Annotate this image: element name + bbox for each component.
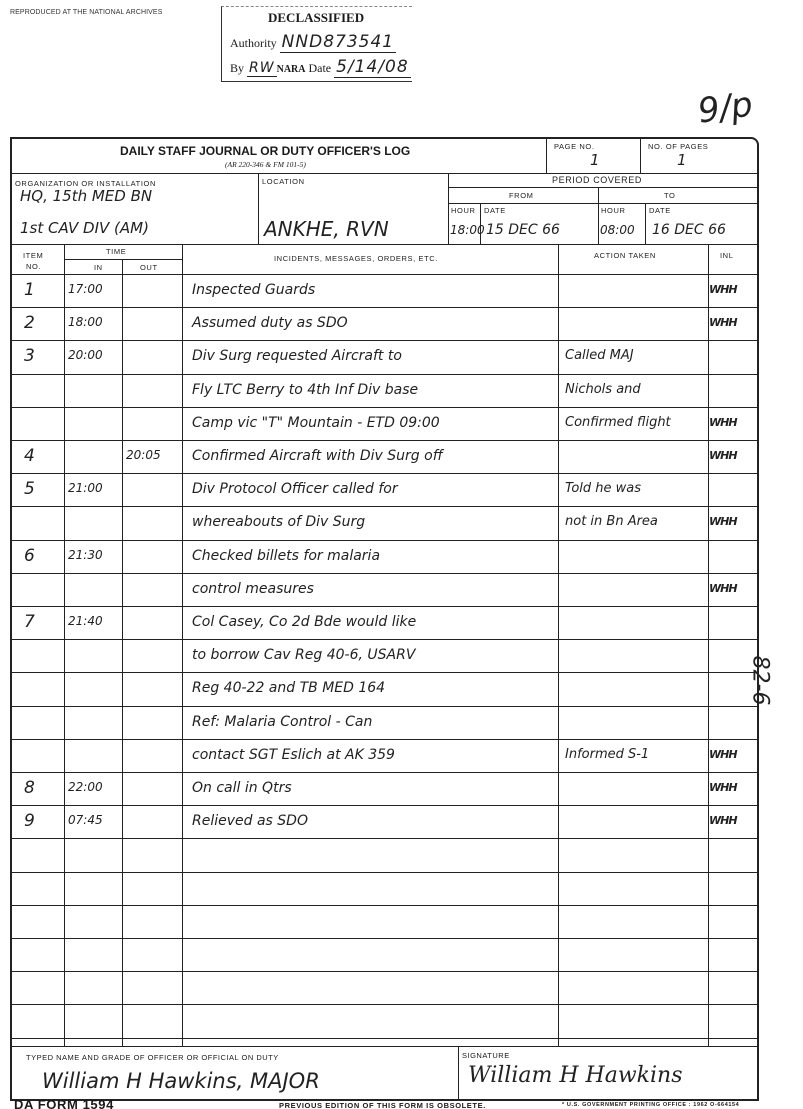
- action-taken: Nichols and: [565, 382, 641, 397]
- incident-text: Inspected Guards: [192, 282, 315, 298]
- by-label: By: [230, 61, 244, 75]
- incident-text: Div Protocol Officer called for: [192, 481, 398, 497]
- item-no: 2: [24, 313, 35, 333]
- org-line-2: 1st CAV DIV (AM): [20, 219, 149, 237]
- incident-text: Fly LTC Berry to 4th Inf Div base: [192, 382, 418, 398]
- action-taken: not in Bn Area: [565, 514, 658, 529]
- item-no: 5: [24, 479, 35, 499]
- page-no-value: 1: [590, 151, 600, 169]
- incident-text: Checked billets for malaria: [192, 548, 380, 564]
- time-in: 22:00: [68, 780, 103, 794]
- declassified-title: DECLASSIFIED: [268, 10, 364, 26]
- authority-row: Authority NND873541: [230, 32, 396, 53]
- col-out-label: OUT: [140, 263, 158, 272]
- time-in: 20:00: [68, 348, 103, 362]
- col-in-label: IN: [94, 263, 103, 272]
- from-date-label: DATE: [484, 206, 506, 215]
- col-item-label: ITEM: [23, 251, 43, 260]
- incident-text: Assumed duty as SDO: [192, 315, 348, 331]
- to-date-value: 16 DEC 66: [652, 222, 726, 238]
- col-action-label: ACTION TAKEN: [594, 251, 656, 260]
- by-value: RW: [247, 60, 277, 77]
- incident-text: Camp vic "T" Mountain - ETD 09:00: [192, 415, 440, 431]
- to-label: TO: [664, 191, 675, 200]
- form-title: DAILY STAFF JOURNAL OR DUTY OFFICER'S LO…: [120, 144, 410, 158]
- incident-text: Reg 40-22 and TB MED 164: [192, 680, 385, 696]
- initials: WHH: [709, 748, 737, 761]
- by-row: By RWNARA Date 5/14/08: [230, 57, 411, 78]
- incident-text: Col Casey, Co 2d Bde would like: [192, 614, 416, 630]
- initials: WHH: [709, 515, 737, 528]
- initials: WHH: [709, 449, 737, 462]
- duty-log-form: DAILY STAFF JOURNAL OR DUTY OFFICER'S LO…: [10, 137, 759, 1101]
- from-hour-value: 18:00: [450, 223, 485, 237]
- from-hour-label: HOUR: [451, 206, 475, 215]
- authority-label: Authority: [230, 36, 277, 50]
- col-item-no-label: NO.: [26, 262, 41, 271]
- to-hour-value: 08:00: [600, 223, 635, 237]
- time-in: 17:00: [68, 282, 103, 296]
- incident-text: Relieved as SDO: [192, 813, 308, 829]
- action-taken: Called MAJ: [565, 348, 634, 363]
- initials: WHH: [709, 316, 737, 329]
- agency: NARA: [277, 64, 306, 75]
- item-no: 1: [24, 280, 35, 300]
- time-in: 18:00: [68, 315, 103, 329]
- period-covered-label: PERIOD COVERED: [552, 175, 642, 185]
- col-inl-label: INL: [720, 251, 733, 260]
- item-no: 3: [24, 346, 35, 366]
- incident-text: whereabouts of Div Surg: [192, 514, 365, 530]
- initials: WHH: [709, 814, 737, 827]
- action-taken: Confirmed flight: [565, 415, 671, 430]
- org-line-1: HQ, 15th MED BN: [20, 187, 152, 205]
- initials: WHH: [709, 781, 737, 794]
- obsolete-note: PREVIOUS EDITION OF THIS FORM IS OBSOLET…: [279, 1101, 486, 1109]
- location-value: ANKHE, RVN: [264, 217, 389, 241]
- initials: WHH: [709, 416, 737, 429]
- time-in: 21:00: [68, 481, 103, 495]
- no-of-pages-label: NO. OF PAGES: [648, 142, 708, 151]
- incident-text: contact SGT Eslich at AK 359: [192, 747, 395, 763]
- declassified-stamp: DECLASSIFIED Authority NND873541 By RWNA…: [221, 6, 412, 82]
- authority-value: NND873541: [280, 32, 396, 53]
- date-label: Date: [308, 61, 331, 75]
- archive-note: REPRODUCED AT THE NATIONAL ARCHIVES: [10, 9, 162, 16]
- incident-text: control measures: [192, 581, 314, 597]
- initials: WHH: [709, 283, 737, 296]
- form-subtitle: (AR 220-346 & FM 101-5): [225, 160, 306, 169]
- location-label: LOCATION: [262, 177, 305, 186]
- officer-name: William H Hawkins, MAJOR: [42, 1069, 320, 1093]
- gpo-note: * U.S. GOVERNMENT PRINTING OFFICE : 1962…: [562, 1102, 739, 1108]
- officer-label: TYPED NAME AND GRADE OF OFFICER OR OFFIC…: [26, 1053, 279, 1062]
- signature: William H Hawkins: [468, 1063, 682, 1088]
- col-incidents-label: INCIDENTS, MESSAGES, ORDERS, ETC.: [274, 254, 438, 263]
- from-label: FROM: [509, 191, 533, 200]
- incident-text: to borrow Cav Reg 40-6, USARV: [192, 647, 415, 663]
- item-no: 4: [24, 446, 35, 466]
- item-no: 9: [24, 811, 35, 831]
- action-taken: Informed S-1: [565, 747, 649, 762]
- col-time-label: TIME: [106, 247, 126, 256]
- corner-handwritten-mark: 9/p: [696, 84, 756, 131]
- time-out: 20:05: [126, 448, 161, 462]
- time-in: 21:40: [68, 614, 103, 628]
- action-taken: Told he was: [565, 481, 641, 496]
- date-value: 5/14/08: [334, 57, 411, 78]
- signature-label: SIGNATURE: [462, 1051, 510, 1060]
- to-hour-label: HOUR: [601, 206, 625, 215]
- time-in: 21:30: [68, 548, 103, 562]
- to-date-label: DATE: [649, 206, 671, 215]
- incident-text: Ref: Malaria Control - Can: [192, 714, 372, 730]
- item-no: 7: [24, 612, 35, 632]
- no-of-pages-value: 1: [677, 151, 687, 169]
- incident-text: On call in Qtrs: [192, 780, 292, 796]
- incident-text: Div Surg requested Aircraft to: [192, 348, 402, 364]
- from-date-value: 15 DEC 66: [486, 222, 560, 238]
- initials: WHH: [709, 582, 737, 595]
- time-in: 07:45: [68, 813, 103, 827]
- form-id: DA FORM 1594: [14, 1097, 114, 1109]
- incident-text: Confirmed Aircraft with Div Surg off: [192, 448, 443, 464]
- item-no: 6: [24, 546, 35, 566]
- item-no: 8: [24, 778, 35, 798]
- page-no-label: PAGE NO.: [554, 142, 595, 151]
